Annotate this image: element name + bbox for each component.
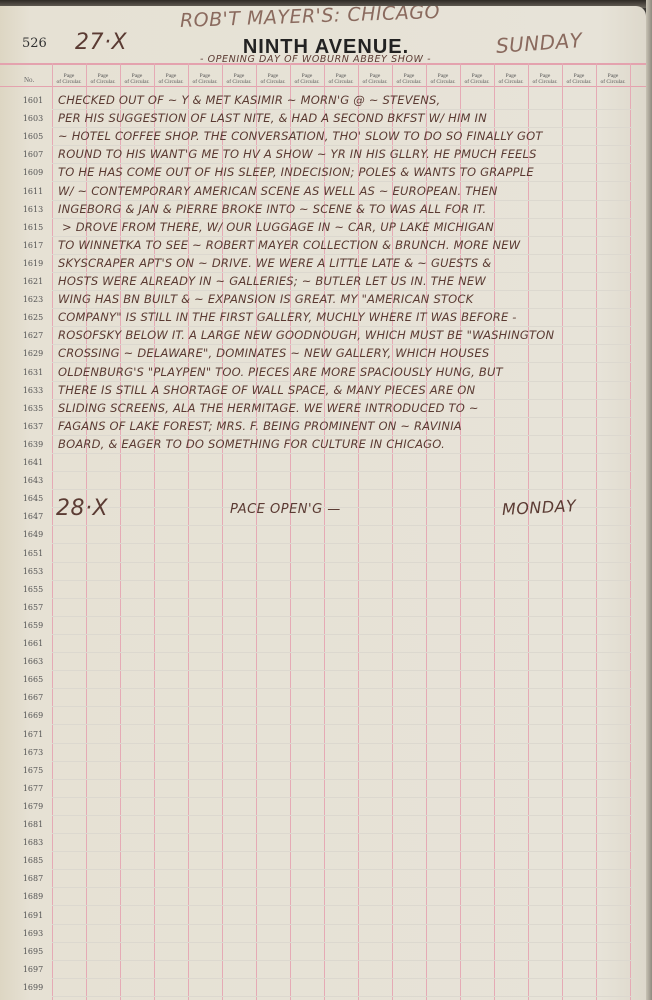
row-number: 1689 [18,892,48,901]
row-rule [52,905,632,906]
journal-entry-line: Crossing ~ Delaware", dominates ~ new ga… [58,346,489,360]
column-header-page-of-circular: Pageof Circular. [120,73,154,85]
journal-entry-line: Fagans of Lake Forest; Mrs. F. being pro… [58,419,462,433]
row-rule [52,924,632,925]
column-header-page-of-circular: Pageof Circular. [52,73,86,85]
row-number: 1637 [18,422,48,431]
handwritten-header: ROB'T MAYER'S: CHICAGO [180,6,441,32]
row-rule [52,381,632,382]
journal-entry-line: Oldenburg's "Playpen" too. Pieces are mo… [58,365,503,379]
column-header-page-of-circular: Pageof Circular. [222,73,256,85]
row-number: 1627 [18,331,48,340]
row-number: 1657 [18,603,48,612]
row-rule [52,417,632,418]
row-number: 1651 [18,549,48,558]
journal-entry-line: Ingeborg & Jan & Pierre broke into ~ sce… [58,202,486,216]
row-rule [52,525,632,526]
row-number: 1645 [18,494,48,503]
row-number: 1611 [18,187,48,196]
column-header-page-of-circular: Pageof Circular. [290,73,324,85]
row-number: 1661 [18,639,48,648]
next-entry-weekday: MONDAY [502,496,577,519]
header-rule-bottom [0,86,646,87]
row-rule [52,254,632,255]
column-header-page-of-circular: Pageof Circular. [596,73,630,85]
row-number: 1613 [18,205,48,214]
row-rule [52,580,632,581]
row-rule [52,272,632,273]
row-rule [52,942,632,943]
row-rule [52,109,632,110]
row-rule [52,670,632,671]
column-header-page-of-circular: Pageof Circular. [392,73,426,85]
journal-entry-line: per his suggestion of last nite, & had a… [58,111,487,125]
column-header-page-of-circular: Pageof Circular. [188,73,222,85]
row-number: 1605 [18,132,48,141]
row-number: 1625 [18,313,48,322]
row-rule [52,688,632,689]
journal-entry-line: to Winnetka to see ~ Robert Mayer collec… [58,238,520,252]
column-rule [630,63,631,1000]
column-header-page-of-circular: Pageof Circular. [358,73,392,85]
row-number: 1665 [18,675,48,684]
row-rule [52,706,632,707]
row-number: 1683 [18,838,48,847]
row-rule [52,236,632,237]
row-number: 1649 [18,530,48,539]
row-rule [52,145,632,146]
journal-entry-line: to he has come out of his sleep, indecis… [58,165,534,179]
column-header-page-of-circular: Pageof Circular. [256,73,290,85]
row-number: 1679 [18,802,48,811]
row-number: 1699 [18,983,48,992]
row-rule [52,833,632,834]
row-number: 1629 [18,349,48,358]
row-number: 1633 [18,386,48,395]
row-number: 1617 [18,241,48,250]
journal-entry-line: there is still a shortage of wall space,… [58,383,475,397]
column-header-page-of-circular: Pageof Circular. [528,73,562,85]
row-number: 1619 [18,259,48,268]
row-number: 1673 [18,748,48,757]
row-rule [52,435,632,436]
journal-entry-line: skyscraper apt's on ~ drive. We were a l… [58,256,491,270]
row-number: 1669 [18,711,48,720]
row-number: 1647 [18,512,48,521]
journal-entry-line: Checked out of ~ Y & met Kasimir ~ morn'… [58,93,440,107]
journal-entry-line: > Drove from there, w/ our luggage in ~ … [62,220,494,234]
column-header-page-of-circular: Pageof Circular. [86,73,120,85]
row-rule [52,344,632,345]
column-rule [528,63,529,1000]
column-header-page-of-circular: Pageof Circular. [324,73,358,85]
column-rule [562,63,563,1000]
row-rule [52,634,632,635]
row-rule [52,960,632,961]
row-rule [52,326,632,327]
row-rule [52,163,632,164]
row-rule [52,815,632,816]
row-rule [52,978,632,979]
row-number: 1655 [18,585,48,594]
row-rule [52,851,632,852]
journal-entry-line: Rosofsky below it. A large new Goodnough… [58,328,554,342]
row-number: 1609 [18,168,48,177]
journal-entry-line: board, & eager to do something for cultu… [58,437,445,451]
row-number: 1603 [18,114,48,123]
row-rule [52,453,632,454]
row-number: 1671 [18,730,48,739]
row-rule [52,362,632,363]
journal-entry-line: ~ hotel coffee shop. The conversation, t… [58,129,543,143]
row-number: 1687 [18,874,48,883]
row-rule [52,200,632,201]
row-number: 1653 [18,567,48,576]
journal-entry-line: sliding screens, ala the Hermitage. We w… [58,401,479,415]
row-number: 1601 [18,96,48,105]
row-number: 1623 [18,295,48,304]
book-edge-right [646,0,652,1000]
next-entry-event: PACE OPEN'G — [230,502,341,517]
row-number: 1675 [18,766,48,775]
row-rule [52,181,632,182]
row-number: 1693 [18,929,48,938]
row-rule [52,218,632,219]
row-number: 1695 [18,947,48,956]
next-entry-date: 28·X [56,496,108,521]
column-header-page-of-circular: Pageof Circular. [154,73,188,85]
row-number: 1607 [18,150,48,159]
row-number: 1615 [18,223,48,232]
row-rule [52,616,632,617]
column-header-page-of-circular: Pageof Circular. [494,73,528,85]
row-number: 1631 [18,368,48,377]
row-number: 1643 [18,476,48,485]
row-rule [52,743,632,744]
row-number: 1641 [18,458,48,467]
row-number: 1635 [18,404,48,413]
row-rule [52,652,632,653]
row-number: 1691 [18,911,48,920]
row-number: 1667 [18,693,48,702]
row-rule [52,127,632,128]
column-rule [494,63,495,1000]
row-rule [52,290,632,291]
row-number: 1681 [18,820,48,829]
row-number: 1697 [18,965,48,974]
row-number: 1659 [18,621,48,630]
header-rule-top [0,63,646,65]
row-rule [52,724,632,725]
row-rule [52,797,632,798]
row-rule [52,779,632,780]
column-header-page-of-circular: Pageof Circular. [460,73,494,85]
row-number: 1677 [18,784,48,793]
journal-entry-line: hosts were already in ~ galleries; ~ but… [58,274,486,288]
row-rule [52,543,632,544]
column-header-no: No. [24,76,34,84]
row-rule [52,869,632,870]
row-rule [52,761,632,762]
row-rule [52,887,632,888]
column-header-page-of-circular: Pageof Circular. [426,73,460,85]
row-number: 1639 [18,440,48,449]
row-number: 1621 [18,277,48,286]
ledger-page: 526 ROB'T MAYER'S: CHICAGO 27·X NINTH AV… [0,6,646,1000]
row-number: 1663 [18,657,48,666]
row-rule [52,471,632,472]
journal-entry-line: wing has bn built & ~ expansion is great… [58,292,473,306]
row-rule [52,399,632,400]
row-rule [52,562,632,563]
column-header-page-of-circular: Pageof Circular. [562,73,596,85]
row-rule [52,489,632,490]
journal-entry-line: Company" is still in the first gallery, … [58,310,517,324]
row-rule [52,598,632,599]
row-number: 1685 [18,856,48,865]
journal-entry-line: round to his want'g me to hv a show ~ yr… [58,147,537,161]
row-rule [52,996,632,997]
column-rule [596,63,597,1000]
journal-entry-line: w/ ~ contemporary American scene as well… [58,184,498,198]
column-rule [52,63,53,1000]
row-rule [52,308,632,309]
